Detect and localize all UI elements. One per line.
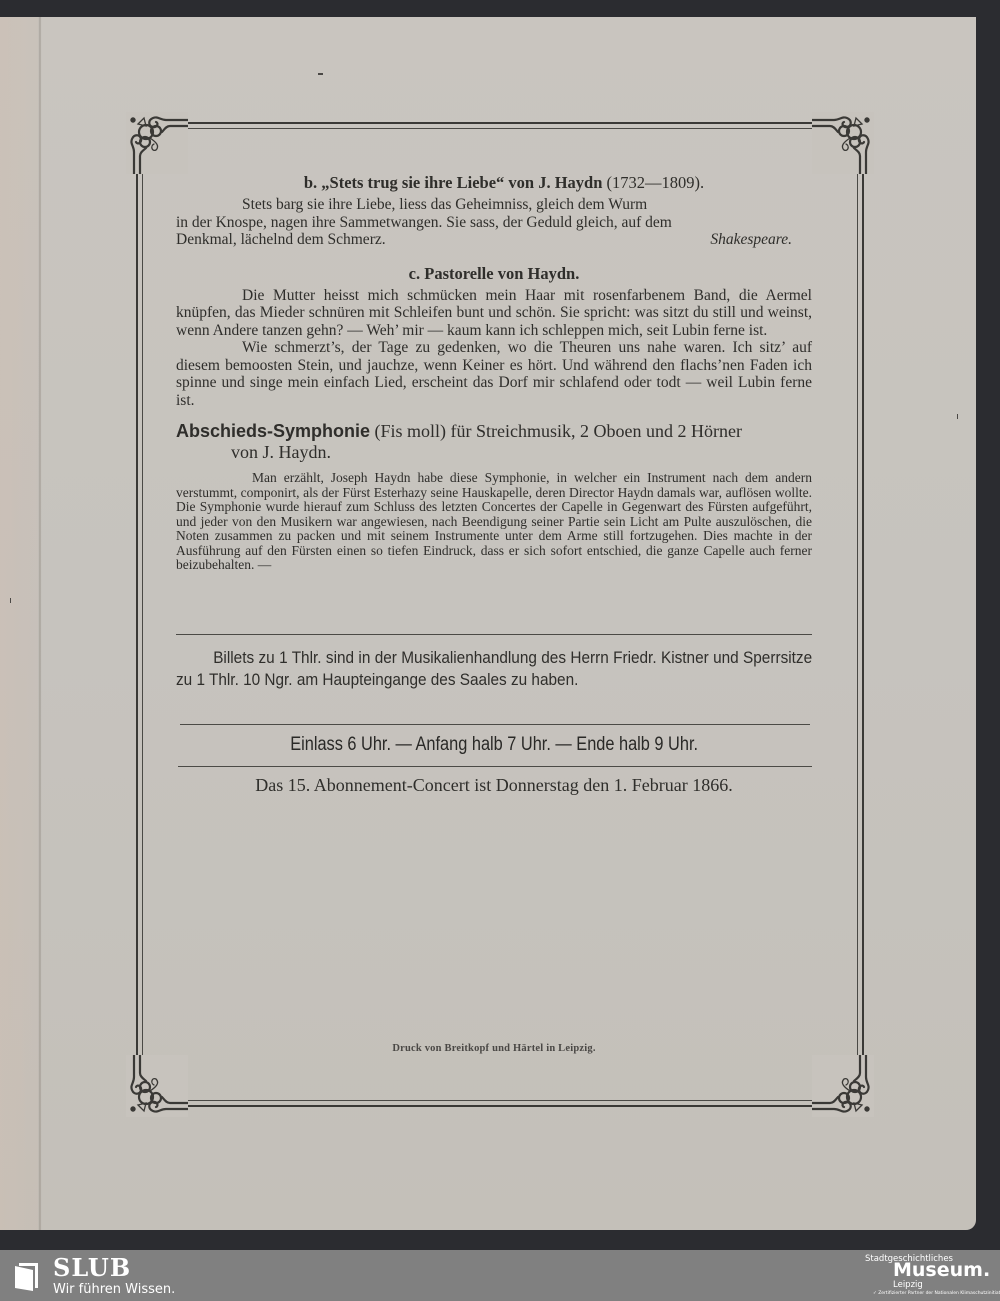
symphony-note-text: Man erzählt, Joseph Haydn habe diese Sym… (176, 471, 812, 573)
song-c-stanza-1: Die Mutter heisst mich schmücken mein Ha… (176, 287, 812, 340)
fold-line (39, 17, 41, 1230)
next-concert-notice: Das 15. Abonnement-Concert ist Donnersta… (176, 773, 812, 797)
song-b-last-line: Denkmal, lächelnd dem Schmerz. Shakespea… (176, 231, 812, 249)
concert-times: Einlass 6 Uhr. — Anfang halb 7 Uhr. — En… (176, 731, 812, 759)
ticket-info-text: Billets zu 1 Thlr. sind in der Musikalie… (176, 648, 812, 691)
song-b-line: Denkmal, lächelnd dem Schmerz. (176, 231, 386, 249)
song-b-years: (1732—1809). (607, 173, 705, 192)
symphony-composer: von J. Haydn. (176, 441, 812, 463)
divider (180, 724, 810, 725)
paper-speck (957, 414, 958, 419)
symphony-instrumentation: (Fis moll) für Streichmusik, 2 Oboen und… (370, 421, 742, 441)
ornament-corner-icon (812, 1055, 874, 1117)
symphony-heading: Abschieds-Symphonie (Fis moll) für Strei… (176, 421, 812, 441)
museum-logo-city: Leipzig (893, 1280, 923, 1290)
slub-logo-text[interactable]: SLUB (53, 1253, 131, 1282)
song-b-title: b. „Stets trug sie ihre Liebe“ von J. Ha… (196, 170, 812, 196)
museum-certification: ✓ Zertifizierter Partner der Nationalen … (873, 1291, 1000, 1296)
printer-imprint: Druck von Breitkopf und Härtel in Leipzi… (176, 1043, 812, 1054)
slub-tagline: Wir führen Wissen. (53, 1282, 175, 1297)
paper-speck (10, 598, 11, 603)
divider (178, 766, 812, 767)
song-b-line: in der Knospe, nagen ihre Sammetwangen. … (176, 214, 812, 232)
book-icon[interactable] (13, 1262, 40, 1292)
concert-times-text: Einlass 6 Uhr. — Anfang halb 7 Uhr. — En… (290, 731, 698, 759)
ornament-corner-icon (126, 112, 188, 174)
symphony-title: Abschieds-Symphonie (176, 421, 370, 441)
ticket-info: Billets zu 1 Thlr. sind in der Musikalie… (176, 648, 812, 691)
song-c-stanza-2: Wie schmerzt’s, der Tage zu gedenken, wo… (176, 339, 812, 409)
song-b-title-text: b. „Stets trug sie ihre Liebe“ von J. Ha… (304, 173, 603, 192)
divider (176, 634, 812, 635)
ornament-corner-icon (812, 112, 874, 174)
song-b-line: Stets barg sie ihre Liebe, liess das Geh… (176, 196, 812, 214)
song-c-title: c. Pastorelle von Haydn. (176, 261, 812, 287)
museum-logo-name[interactable]: Museum. (893, 1259, 990, 1281)
song-b-attribution: Shakespeare. (710, 231, 812, 249)
symphony-note: Man erzählt, Joseph Haydn habe diese Sym… (176, 471, 812, 573)
ornament-corner-icon (126, 1055, 188, 1117)
program-content: b. „Stets trug sie ihre Liebe“ von J. Ha… (176, 170, 812, 573)
paper-speck (318, 73, 323, 75)
